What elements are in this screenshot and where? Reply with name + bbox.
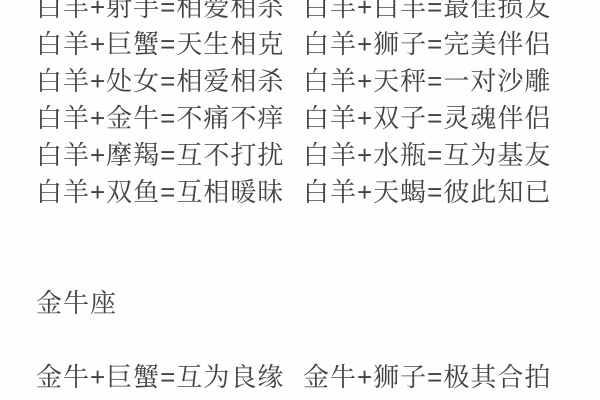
section-title-taurus: 金牛座: [0, 285, 600, 322]
compat-pair-left: 白羊+巨蟹=天生相克: [36, 26, 303, 63]
compat-pair-left: 白羊+摩羯=互不打扰: [36, 137, 303, 174]
article-body: 白羊+射手=相爱相杀 白羊+白羊=最佳损友 白羊+巨蟹=天生相克 白羊+狮子=完…: [0, 0, 600, 396]
blank-line: [0, 211, 600, 248]
blank-line: [0, 322, 600, 359]
compat-pair-left: 白羊+射手=相爱相杀: [36, 0, 303, 26]
compat-pair-left: 白羊+金牛=不痛不痒: [36, 100, 303, 137]
compat-pair-right: 白羊+白羊=最佳损友: [303, 0, 600, 26]
compat-row: 金牛+巨蟹=互为良缘 金牛+狮子=极其合拍: [0, 359, 600, 396]
compat-pair-right: 白羊+天秤=一对沙雕: [303, 63, 600, 100]
compat-pair-left: 白羊+双鱼=互相暖昧: [36, 174, 303, 211]
compat-pair-right: 金牛+狮子=极其合拍: [303, 359, 600, 396]
compat-row: 白羊+金牛=不痛不痒 白羊+双子=灵魂伴侣: [0, 100, 600, 137]
compat-pair-left: 金牛+巨蟹=互为良缘: [36, 359, 303, 396]
compat-row: 白羊+双鱼=互相暖昧 白羊+天蝎=彼此知已: [0, 174, 600, 211]
compat-row: 白羊+巨蟹=天生相克 白羊+狮子=完美伴侣: [0, 26, 600, 63]
compat-pair-right: 白羊+水瓶=互为基友: [303, 137, 600, 174]
compat-pair-right: 白羊+天蝎=彼此知已: [303, 174, 600, 211]
compat-pair-left: 白羊+处女=相爱相杀: [36, 63, 303, 100]
blank-line: [0, 248, 600, 285]
compat-row: 白羊+处女=相爱相杀 白羊+天秤=一对沙雕: [0, 63, 600, 100]
compat-pair-right: 白羊+狮子=完美伴侣: [303, 26, 600, 63]
compat-row: 白羊+摩羯=互不打扰 白羊+水瓶=互为基友: [0, 137, 600, 174]
compat-row: 白羊+射手=相爱相杀 白羊+白羊=最佳损友: [0, 0, 600, 26]
compat-pair-right: 白羊+双子=灵魂伴侣: [303, 100, 600, 137]
